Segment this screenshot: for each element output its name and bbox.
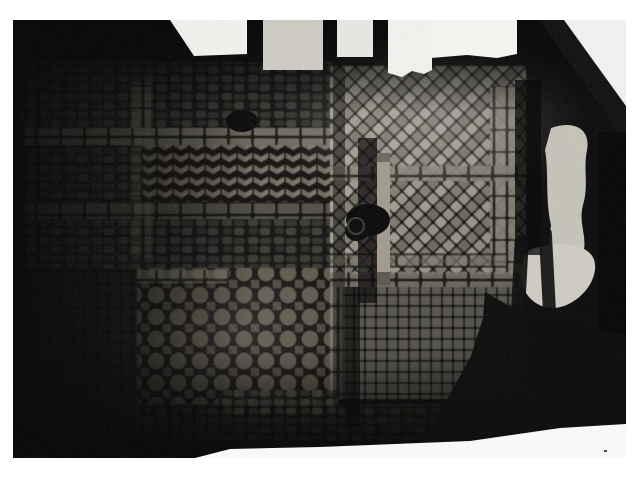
film-grain [13, 20, 626, 458]
photo-canvas [13, 20, 626, 458]
archaeological-photo [13, 20, 626, 458]
